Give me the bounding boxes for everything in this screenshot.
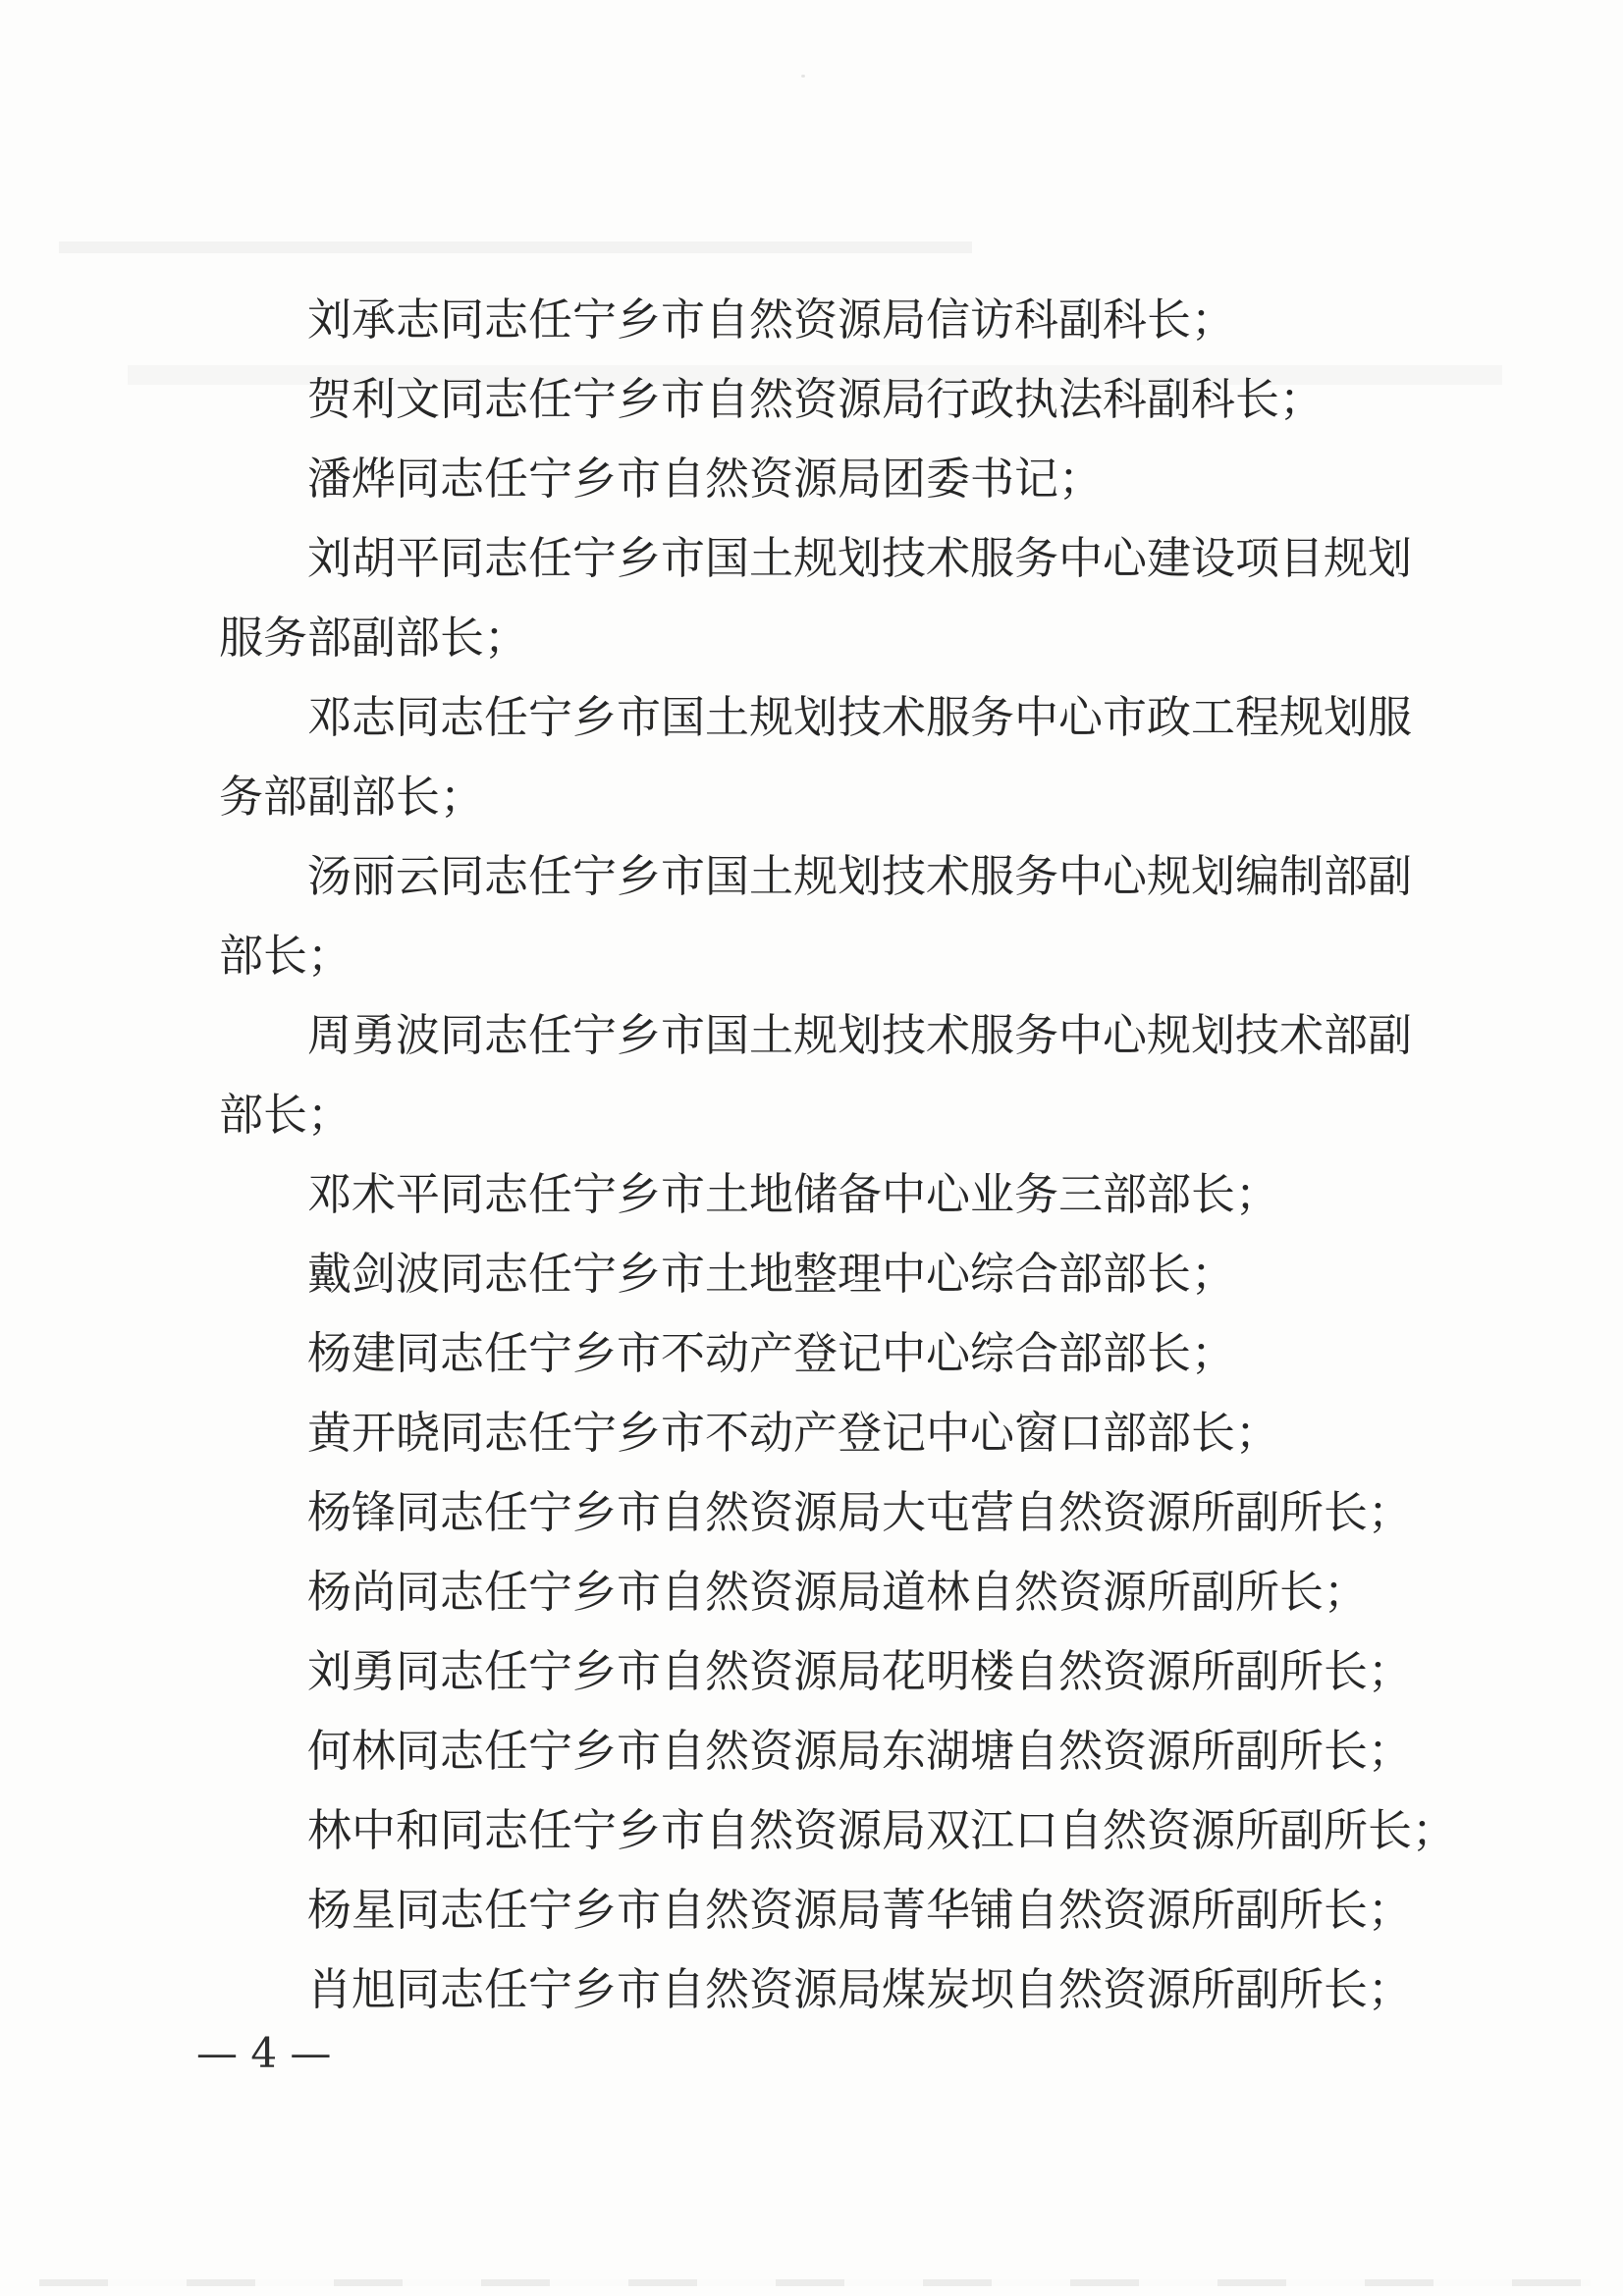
doc-line: 部长； — [219, 1075, 1456, 1154]
document-page: 刘承志同志任宁乡市自然资源局信访科副科长； 贺利文同志任宁乡市自然资源局行政执法… — [0, 0, 1623, 2296]
doc-line: 杨星同志任宁乡市自然资源局菁华铺自然资源所副所长； — [219, 1870, 1456, 1949]
doc-line: 杨尚同志任宁乡市自然资源局道林自然资源所副所长； — [219, 1552, 1456, 1631]
doc-line: 刘承志同志任宁乡市自然资源局信访科副科长； — [219, 280, 1456, 359]
scan-artifact-band — [59, 241, 972, 253]
doc-line: 邓志同志任宁乡市国土规划技术服务中心市政工程规划服 — [219, 677, 1456, 757]
doc-line: 刘胡平同志任宁乡市国土规划技术服务中心建设项目规划 — [219, 518, 1456, 598]
doc-line: 务部副部长； — [219, 757, 1456, 836]
doc-line: 周勇波同志任宁乡市国土规划技术服务中心规划技术部副 — [219, 995, 1456, 1075]
scan-speck — [801, 75, 805, 78]
doc-line: 林中和同志任宁乡市自然资源局双江口自然资源所副所长； — [219, 1790, 1456, 1870]
document-body: 刘承志同志任宁乡市自然资源局信访科副科长； 贺利文同志任宁乡市自然资源局行政执法… — [219, 280, 1456, 2029]
doc-line: 汤丽云同志任宁乡市国土规划技术服务中心规划编制部副 — [219, 836, 1456, 916]
doc-line: 贺利文同志任宁乡市自然资源局行政执法科副科长； — [219, 359, 1456, 439]
page-number: — 4 — — [196, 2024, 331, 2083]
doc-line: 戴剑波同志任宁乡市土地整理中心综合部部长； — [219, 1234, 1456, 1313]
doc-line: 邓术平同志任宁乡市土地储备中心业务三部部长； — [219, 1154, 1456, 1234]
doc-line: 杨锋同志任宁乡市自然资源局大屯营自然资源所副所长； — [219, 1472, 1456, 1552]
doc-line: 何林同志任宁乡市自然资源局东湖塘自然资源所副所长； — [219, 1711, 1456, 1790]
doc-line: 肖旭同志任宁乡市自然资源局煤炭坝自然资源所副所长； — [219, 1949, 1456, 2029]
doc-line: 杨建同志任宁乡市不动产登记中心综合部部长； — [219, 1313, 1456, 1393]
doc-line: 部长； — [219, 916, 1456, 995]
doc-line: 服务部副部长； — [219, 598, 1456, 677]
scan-artifact-bottom-edge — [39, 2279, 1591, 2286]
doc-line: 潘烨同志任宁乡市自然资源局团委书记； — [219, 439, 1456, 518]
doc-line: 黄开晓同志任宁乡市不动产登记中心窗口部部长； — [219, 1393, 1456, 1472]
doc-line: 刘勇同志任宁乡市自然资源局花明楼自然资源所副所长； — [219, 1631, 1456, 1711]
